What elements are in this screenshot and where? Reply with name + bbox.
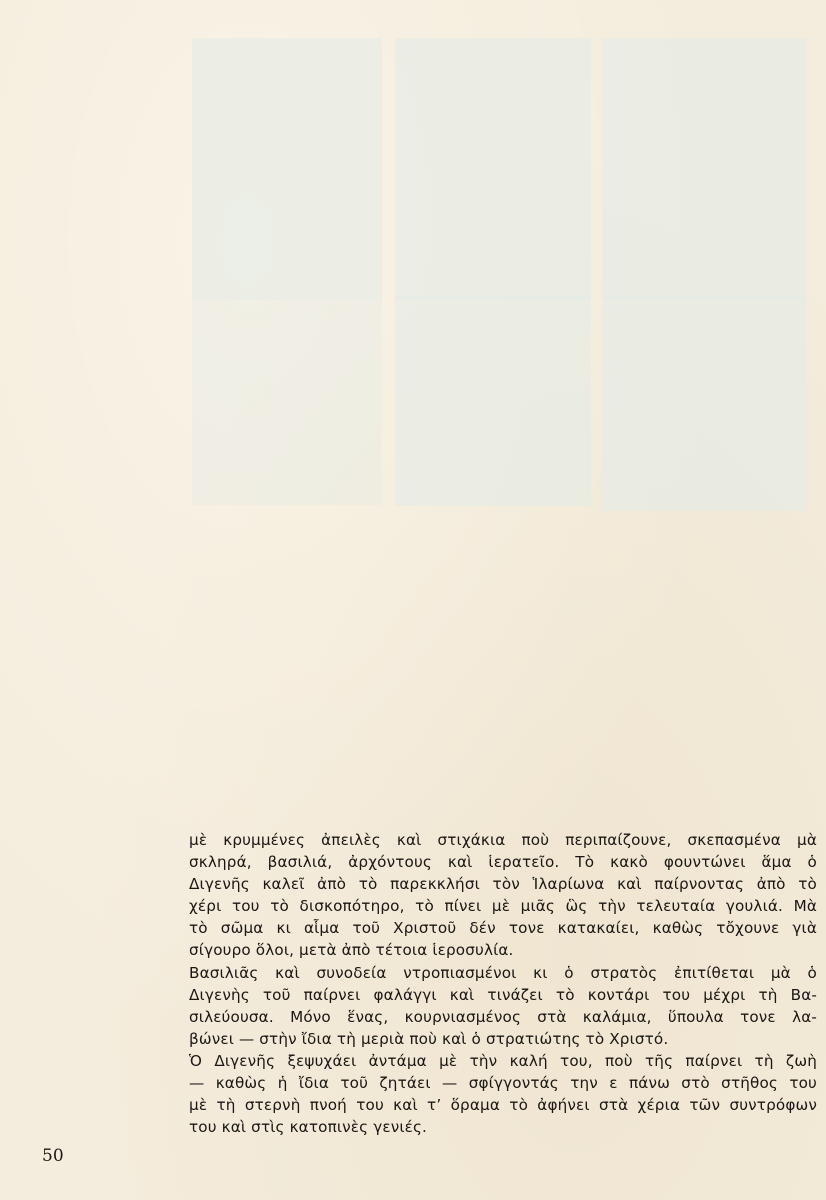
text-line: σκληρά, βασιλιά, ἀρχόντους καὶ ἱερατεῖο.… [189,851,817,873]
text-line: Διγενὴς τοῦ παίρνει φαλάγγι καὶ τινάζει … [189,984,817,1006]
text-line: Βασιλιᾶς καὶ συνοδεία ντροπιασμένοι κι ὁ… [189,962,817,984]
page-number: 50 [42,1146,64,1166]
text-line: μὲ τὴ στερνὴ πνοή του καὶ τ’ ὅραμα τὸ ἀφ… [189,1094,817,1116]
text-line: Ὁ Διγενῆς ξεψυχάει ἀντάμα μὲ τὴν καλή το… [189,1050,817,1072]
text-line: τὸ σῶμα κι αἷμα τοῦ Χριστοῦ δέν τονε κατ… [189,917,817,939]
faded-image-block [395,296,591,506]
text-line: μὲ κρυμμένες ἀπειλὲς καὶ στιχάκια ποὺ πε… [189,829,817,851]
faded-image-block [192,38,382,300]
faded-image-block [192,300,382,505]
body-text: μὲ κρυμμένες ἀπειλὲς καὶ στιχάκια ποὺ πε… [189,829,817,1138]
text-line: του καὶ στὶς κατοπινὲς γενιές. [189,1116,817,1138]
text-line: Διγενῆς καλεῖ ἀπὸ τὸ παρεκκλήσι τὸν Ἱλαρ… [189,873,817,895]
text-line: σιλεύουσα. Μόνο ἕνας, κουρνιασμένος στὰ … [189,1006,817,1028]
faded-image-block [602,296,806,511]
faded-image-block [395,38,591,300]
text-line: — καθὼς ἡ ἴδια τοῦ ζητάει — σφίγγοντάς τ… [189,1072,817,1094]
text-line: σίγουρο ὅλοι, μετὰ ἀπὸ τέτοια ἱεροσυλία. [189,939,817,961]
text-line: βώνει — στὴν ἴδια τὴ μεριὰ ποὺ καὶ ὁ στρ… [189,1028,817,1050]
text-line: χέρι του τὸ δισκοπότηρο, τὸ πίνει μὲ μιᾶ… [189,895,817,917]
faded-image-block [602,38,806,300]
